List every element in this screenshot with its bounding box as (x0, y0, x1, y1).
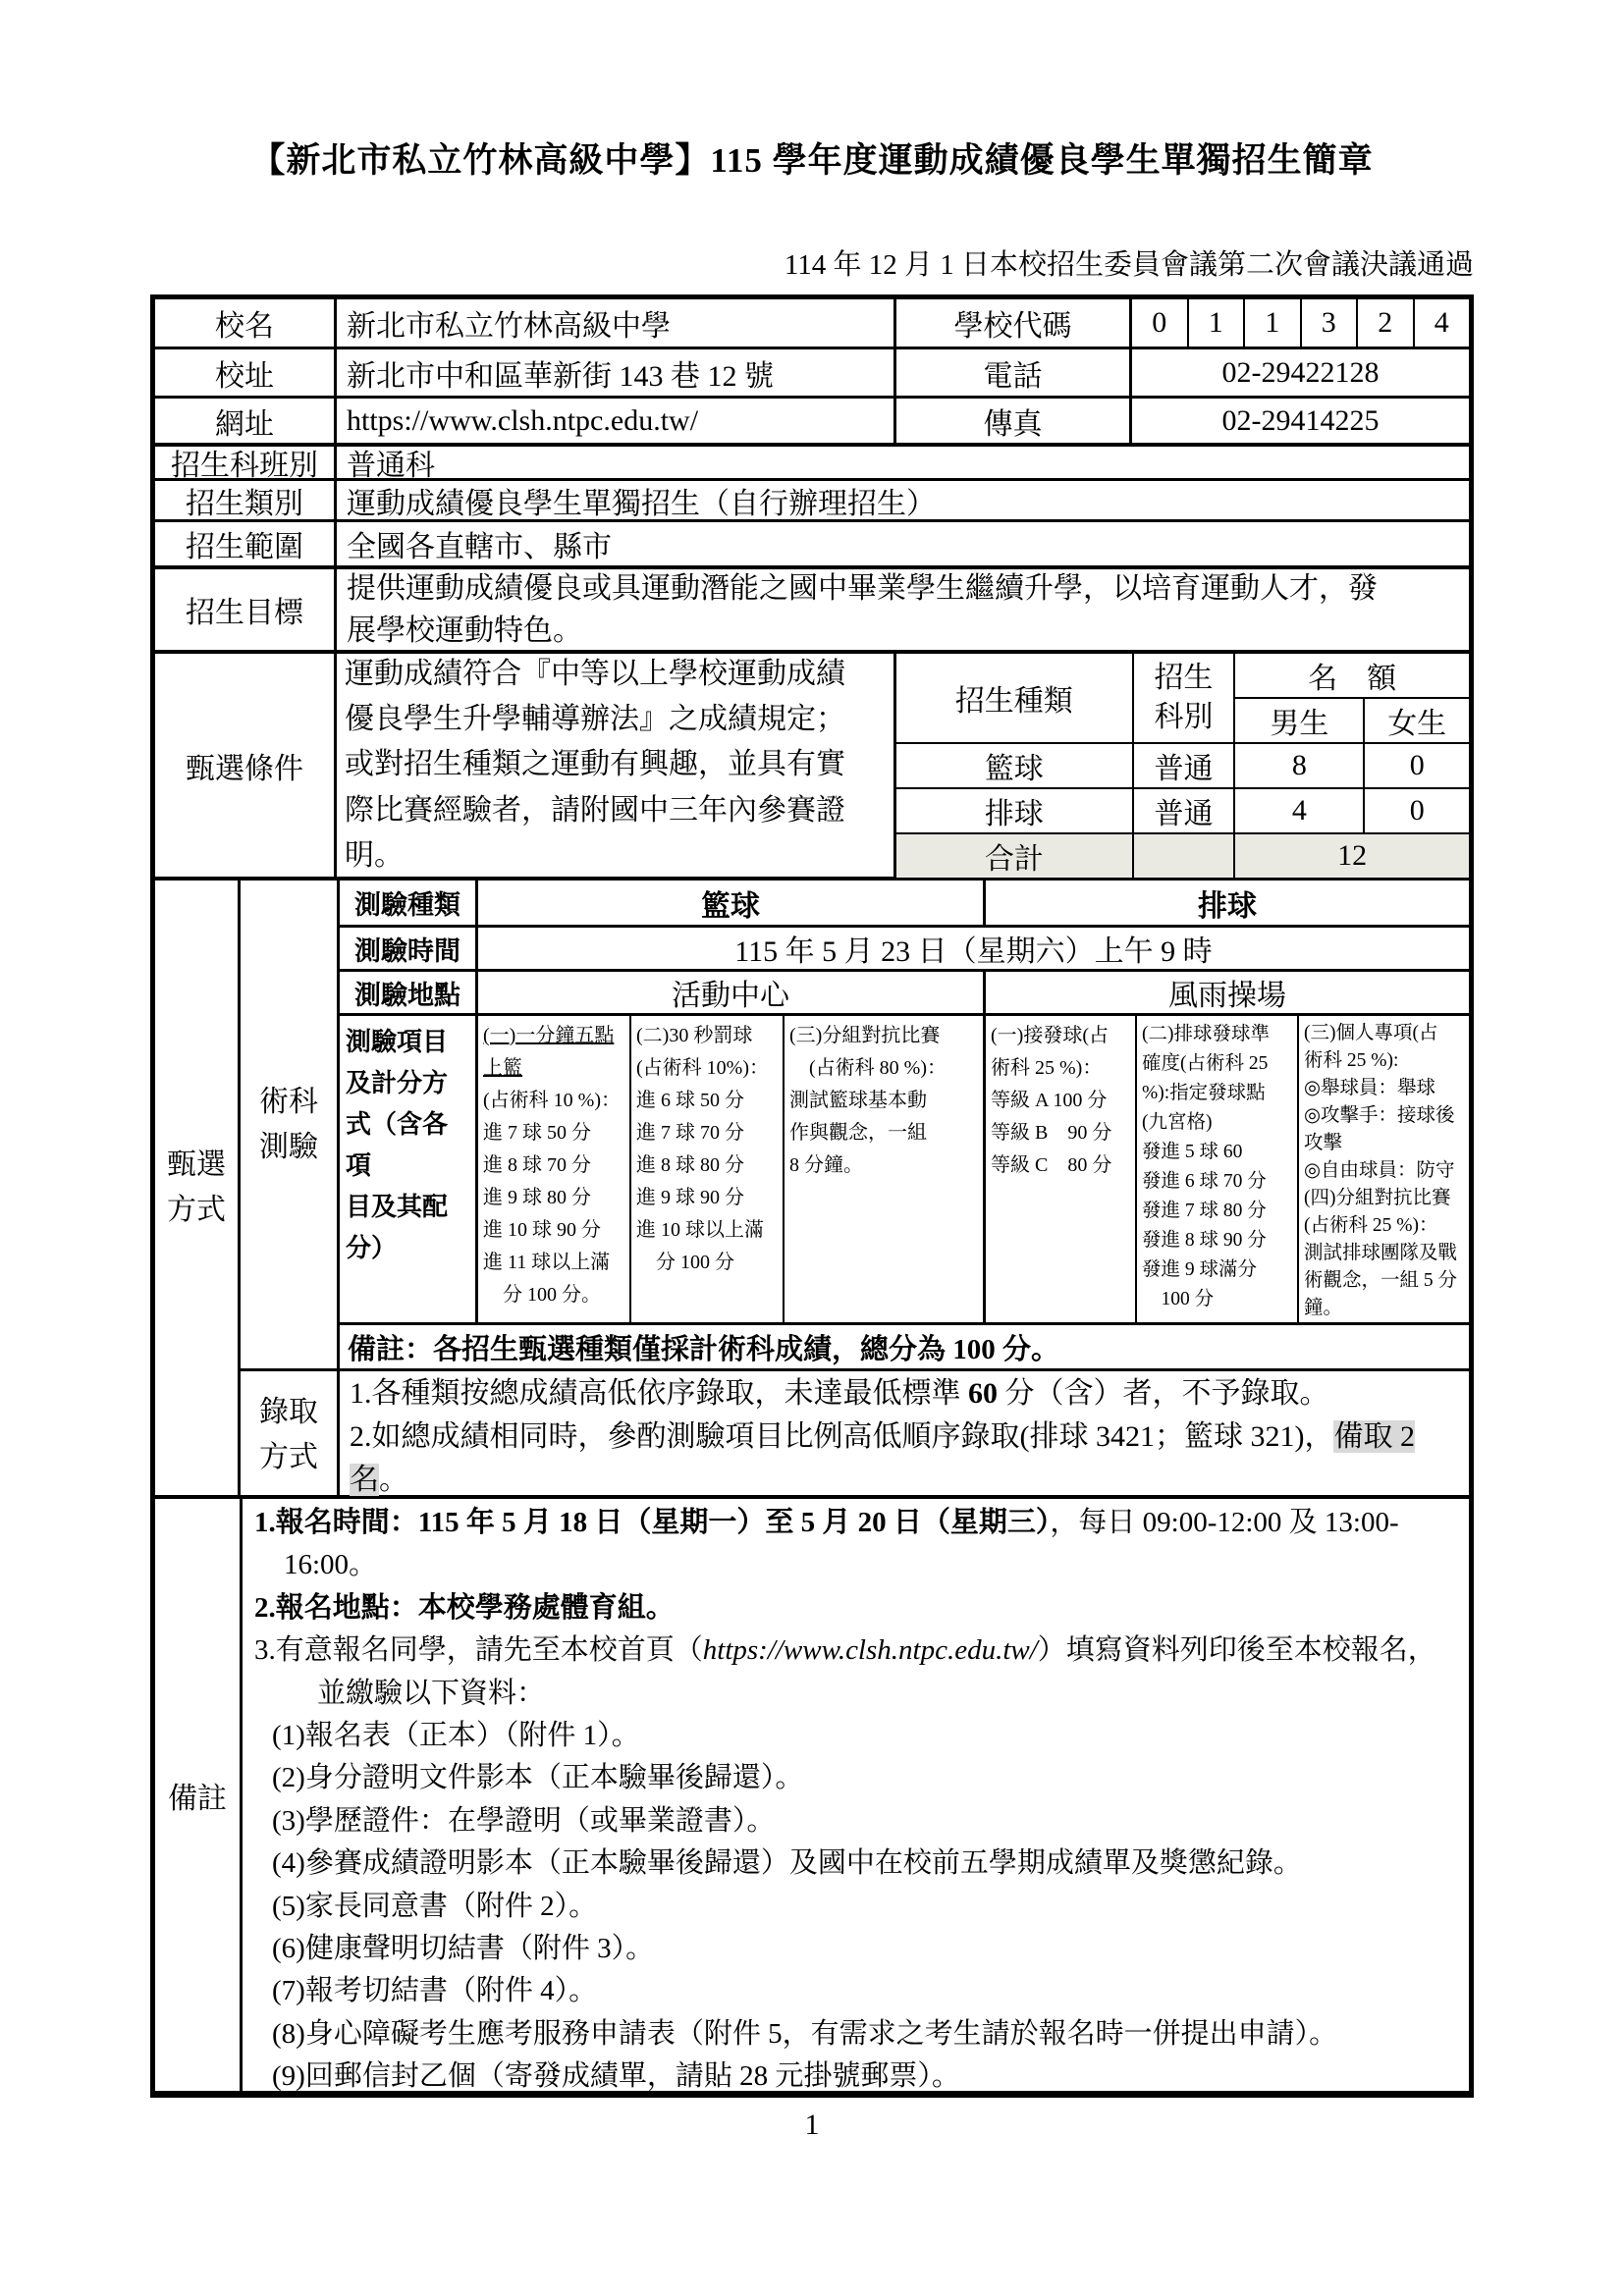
main-table: 校名 新北市私立竹林高級中學 學校代碼 0 1 1 3 2 4 校址 新北市中和… (150, 294, 1474, 2098)
skill-note-row: 備註：各招生甄選種類僅採計術科成績，總分為 100 分。 (340, 1322, 1469, 1368)
category-label: 招生類別 (155, 481, 334, 519)
note-subitem-7: (7)報考切結書（附件 4）。 (254, 1970, 1461, 2012)
row-school-name: 校名 新北市私立竹林高級中學 學校代碼 0 1 1 3 2 4 (155, 299, 1469, 347)
row-notes: 備註 1.報名時間：115 年 5 月 18 日（星期一）至 5 月 20 日（… (155, 1495, 1469, 2091)
skill-note-text: 備註：各招生甄選種類僅採計術科成績，總分為 100 分。 (340, 1325, 1469, 1368)
note-subitem-5: (5)家長同意書（附件 2）。 (254, 1886, 1461, 1928)
row-category: 招生類別 運動成績優良學生單獨招生（自行辦理招生） (155, 478, 1469, 519)
row-website: 網址 https://www.clsh.ntpc.edu.tw/ 傳真 02-2… (155, 396, 1469, 443)
department-value: 普通科 (334, 447, 1469, 478)
approval-note: 114 年 12 月 1 日本校招生委員會議第二次會議決議通過 (785, 242, 1474, 283)
test-time-value: 115 年 5 月 23 日（星期六）上午 9 時 (475, 928, 1469, 969)
skill-test-block: 術科 測驗 測驗種類 籃球 排球 測驗時間 115 年 5 月 23 日（星期六… (241, 881, 1469, 1368)
goal-label: 招生目標 (155, 569, 334, 650)
volleyball-item-1: (一)接發球(占 術科 25 %)： 等級 A 100 分 等級 B 90 分 … (983, 1016, 1135, 1322)
basketball-item-1: (一)一分鐘五點上籃 (占術科 10 %)： 進 7 球 50 分 進 8 球 … (475, 1016, 629, 1322)
note-subitem-6: (6)健康聲明切結書（附件 3）。 (254, 1928, 1461, 1970)
school-name-value: 新北市私立竹林高級中學 (334, 299, 893, 347)
test-time-label: 測驗時間 (340, 928, 475, 969)
test-type-row: 測驗種類 籃球 排球 (340, 881, 1469, 925)
document-page: 【新北市私立竹林高級中學】115 學年度運動成績優良學生單獨招生簡章 114 年… (0, 0, 1624, 2296)
website-url: https://www.clsh.ntpc.edu.tw/ (334, 399, 893, 443)
selection-method-label: 甄選 方式 (155, 881, 238, 1495)
row-scope: 招生範圍 全國各直轄市、縣市 (155, 519, 1469, 565)
page-number: 1 (0, 2109, 1624, 2142)
note-item-2: 2.報名地點：本校學務處體育組。 (254, 1587, 1461, 1629)
basketball-item-1-title: (一)一分鐘五點上籃 (483, 1025, 614, 1079)
quota-table: 招生種類 招生 科別 名 額 男生 女生 籃球 普通 8 0 排球 普通 4 0… (893, 654, 1469, 877)
note-subitem-9: (9)回郵信封乙個（寄發成績單，請貼 28 元掛號郵票）。 (254, 2056, 1461, 2098)
note-item-1: 1.報名時間：115 年 5 月 18 日（星期一）至 5 月 20 日（星期三… (254, 1502, 1461, 1587)
row-selection-condition: 甄選條件 運動成績符合『中等以上學校運動成績 優良學生升學輔導辦法』之成績規定；… (155, 650, 1469, 877)
test-place-row: 測驗地點 活動中心 風雨操場 (340, 969, 1469, 1013)
selection-condition-label: 甄選條件 (155, 654, 334, 877)
quota-row-basketball-female: 0 (1363, 742, 1469, 787)
admission-min-score: 60 (968, 1377, 998, 1410)
quota-type-header: 招生種類 (896, 654, 1132, 742)
document-title: 【新北市私立竹林高級中學】115 學年度運動成績優良學生單獨招生簡章 (0, 133, 1624, 183)
test-place-basketball: 活動中心 (475, 972, 983, 1013)
volleyball-item-3: (三)個人專項(占 術科 25 %): ◎舉球員：舉球 ◎攻擊手：接球後 攻擊 … (1297, 1016, 1469, 1322)
test-items-row: 測驗項目 及計分方 式（含各項 目及其配 分） (一)一分鐘五點上籃 (占術科 … (340, 1013, 1469, 1322)
category-value: 運動成績優良學生單獨招生（自行辦理招生） (334, 481, 1469, 519)
volleyball-item-2: (二)排球發球準 確度(占術科 25 %):指定發球點 (九宮格) 發進 5 球… (1135, 1016, 1297, 1322)
quota-total-label: 合計 (896, 832, 1132, 878)
phone-value: 02-29422128 (1129, 349, 1469, 396)
admission-rule-2: 2.如總成績相同時，參酌測驗項目比例高低順序錄取(排球 3421；籃球 321)… (350, 1415, 1459, 1502)
quota-female-header: 女生 (1363, 697, 1469, 742)
row-selection-method: 甄選 方式 術科 測驗 測驗種類 籃球 排球 測驗時間 115 年 5 月 23… (155, 877, 1469, 1495)
admission-method-block: 錄取 方式 1.各種類按總成績高低依序錄取，未達最低標準 60 分（含）者，不予… (241, 1368, 1469, 1499)
website-label: 網址 (155, 399, 334, 443)
admission-method-label: 錄取 方式 (241, 1371, 337, 1499)
quota-row-basketball-dept: 普通 (1132, 742, 1234, 787)
address-value: 新北市中和區華新街 143 巷 12 號 (334, 349, 893, 396)
admission-rule-1: 1.各種類按總成績高低依序錄取，未達最低標準 60 分（含）者，不予錄取。 (350, 1372, 1459, 1415)
fax-value: 02-29414225 (1129, 399, 1469, 443)
address-label: 校址 (155, 349, 334, 396)
registration-url: https://www.clsh.ntpc.edu.tw/ (703, 1634, 1038, 1666)
skill-test-label: 術科 測驗 (241, 881, 337, 1368)
quota-total-empty (1132, 832, 1234, 878)
school-code-digit: 3 (1300, 299, 1357, 347)
test-time-row: 測驗時間 115 年 5 月 23 日（星期六）上午 9 時 (340, 925, 1469, 969)
quota-male-header: 男生 (1233, 697, 1363, 742)
note-subitem-8: (8)身心障礙考生應考服務申請表（附件 5，有需求之考生請於報名時一併提出申請）… (254, 2013, 1461, 2056)
note-item-3: 3.有意報名同學，請先至本校首頁（https://www.clsh.ntpc.e… (254, 1629, 1461, 1715)
row-department: 招生科班別 普通科 (155, 443, 1469, 478)
skill-test-body: 測驗種類 籃球 排球 測驗時間 115 年 5 月 23 日（星期六）上午 9 … (337, 881, 1469, 1368)
note-subitem-1: (1)報名表（正本）（附件 1）。 (254, 1715, 1461, 1757)
goal-value: 提供運動成績優良或具運動潛能之國中畢業學生繼續升學，以培育運動人才，發 展學校運… (334, 569, 1469, 650)
department-label: 招生科班別 (155, 447, 334, 478)
note-subitem-3: (3)學歷證件：在學證明（或畢業證書）。 (254, 1800, 1461, 1842)
test-place-label: 測驗地點 (340, 972, 475, 1013)
quota-row-volleyball-dept: 普通 (1132, 787, 1234, 832)
quota-dept-header: 招生 科別 (1132, 654, 1234, 742)
test-type-volleyball: 排球 (983, 881, 1469, 925)
note-subitem-2: (2)身分證明文件影本（正本驗畢後歸還）。 (254, 1757, 1461, 1799)
test-type-label: 測驗種類 (340, 881, 475, 925)
note-subitem-4: (4)參賽成績證明影本（正本驗畢後歸還）及國中在校前五學期成績單及獎懲紀錄。 (254, 1842, 1461, 1885)
selection-method-body: 術科 測驗 測驗種類 籃球 排球 測驗時間 115 年 5 月 23 日（星期六… (238, 881, 1469, 1495)
quota-row-volleyball-male: 4 (1233, 787, 1363, 832)
quota-row-volleyball-type: 排球 (896, 787, 1132, 832)
school-code-digit: 1 (1187, 299, 1244, 347)
test-items-label: 測驗項目 及計分方 式（含各項 目及其配 分） (340, 1016, 475, 1322)
quota-row-basketball-type: 籃球 (896, 742, 1132, 787)
quota-header: 名 額 (1233, 654, 1469, 697)
school-code-digits: 0 1 1 3 2 4 (1129, 299, 1469, 347)
school-name-label: 校名 (155, 299, 334, 347)
notes-label: 備註 (155, 1499, 240, 2091)
school-code-digit: 0 (1132, 299, 1187, 347)
admission-method-body: 1.各種類按總成績高低依序錄取，未達最低標準 60 分（含）者，不予錄取。 2.… (337, 1371, 1469, 1499)
school-code-digit: 2 (1356, 299, 1413, 347)
basketball-item-3: (三)分組對抗比賽 (占術科 80 %)： 測試籃球基本動 作與觀念，一組 8 … (783, 1016, 983, 1322)
school-code-digit: 4 (1413, 299, 1470, 347)
row-goal: 招生目標 提供運動成績優良或具運動潛能之國中畢業學生繼續升學，以培育運動人才，發… (155, 565, 1469, 650)
quota-row-basketball-male: 8 (1233, 742, 1363, 787)
test-place-volleyball: 風雨操場 (983, 972, 1469, 1013)
school-code-label: 學校代碼 (893, 299, 1129, 347)
notes-body: 1.報名時間：115 年 5 月 18 日（星期一）至 5 月 20 日（星期三… (240, 1499, 1469, 2091)
basketball-item-1-body: (占術科 10 %)： 進 7 球 50 分 進 8 球 70 分 進 9 球 … (483, 1090, 621, 1306)
quota-row-volleyball-female: 0 (1363, 787, 1469, 832)
scope-label: 招生範圍 (155, 522, 334, 565)
selection-condition-text: 運動成績符合『中等以上學校運動成績 優良學生升學輔導辦法』之成績規定； 或對招生… (334, 654, 893, 877)
school-code-digit: 1 (1243, 299, 1300, 347)
phone-label: 電話 (893, 349, 1129, 396)
quota-total-value: 12 (1233, 832, 1469, 878)
scope-value: 全國各直轄市、縣市 (334, 522, 1469, 565)
fax-label: 傳真 (893, 399, 1129, 443)
test-type-basketball: 籃球 (475, 881, 983, 925)
row-address: 校址 新北市中和區華新街 143 巷 12 號 電話 02-29422128 (155, 347, 1469, 396)
basketball-item-2: (二)30 秒罰球 (占術科 10%)： 進 6 球 50 分 進 7 球 70… (629, 1016, 783, 1322)
